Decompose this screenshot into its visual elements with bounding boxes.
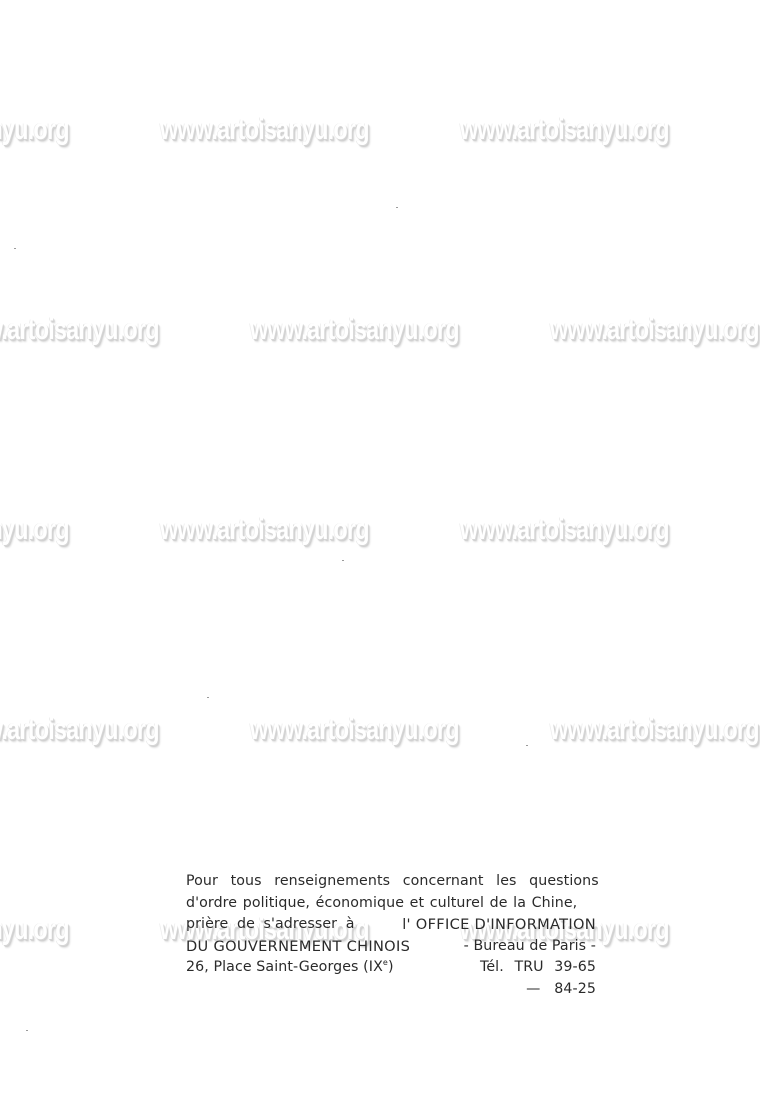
scan-speck: [396, 207, 398, 208]
scan-speck: [342, 560, 344, 561]
watermark-text: www.artoisanyu.org: [0, 913, 69, 947]
document-page: www.artoisanyu.orgwww.artoisanyu.orgwww.…: [0, 0, 760, 1107]
address-close: ): [388, 957, 394, 979]
bureau-label: - Bureau de Paris -: [464, 936, 596, 958]
telephone: Tél. TRU 39-65: [480, 957, 596, 979]
watermark-row: www.artoisanyu.orgwww.artoisanyu.orgwww.…: [0, 713, 760, 753]
address-text: 26, Place Saint-Georges (IX: [186, 957, 383, 979]
watermark-text: www.artoisanyu.org: [0, 713, 159, 747]
notice-text: Pour tous renseignements concernant les …: [186, 871, 599, 893]
watermark-text: www.artoisanyu.org: [550, 713, 759, 747]
notice-line-4: DU GOUVERNEMENT CHINOIS - Bureau de Pari…: [186, 936, 596, 958]
watermark-text: www.artoisanyu.org: [0, 513, 69, 547]
watermark-text: www.artoisanyu.org: [250, 313, 459, 347]
government-name: DU GOUVERNEMENT CHINOIS: [186, 936, 410, 958]
notice-text: prière de s'adresser à: [186, 914, 355, 936]
office-name: l' OFFICE D'INFORMATION: [402, 914, 596, 936]
watermark-text: www.artoisanyu.org: [160, 513, 369, 547]
watermark-text: www.artoisanyu.org: [550, 313, 759, 347]
notice-line-1: Pour tous renseignements concernant les …: [186, 871, 596, 893]
scan-speck: [26, 1030, 28, 1031]
watermark-row: www.artoisanyu.orgwww.artoisanyu.orgwww.…: [0, 513, 760, 553]
watermark-text: www.artoisanyu.org: [460, 113, 669, 147]
watermark-row: www.artoisanyu.orgwww.artoisanyu.orgwww.…: [0, 313, 760, 353]
notice-line-5: 26, Place Saint-Georges (IXe) Tél. TRU 3…: [186, 957, 596, 979]
scan-speck: [207, 697, 209, 698]
notice-line-6: — 84-25: [186, 979, 596, 1001]
notice-line-2: d'ordre politique, économique et culture…: [186, 893, 596, 915]
address: 26, Place Saint-Georges (IXe): [186, 957, 394, 979]
scan-speck: [526, 745, 528, 746]
scan-speck: [14, 248, 16, 249]
telephone-alt: — 84-25: [526, 979, 596, 1001]
watermark-text: www.artoisanyu.org: [250, 713, 459, 747]
notice-line-3: prière de s'adresser à l' OFFICE D'INFOR…: [186, 914, 596, 936]
notice-text: d'ordre politique, économique et culture…: [186, 893, 577, 915]
watermark-text: www.artoisanyu.org: [0, 313, 159, 347]
contact-notice: Pour tous renseignements concernant les …: [186, 871, 596, 1000]
watermark-text: www.artoisanyu.org: [460, 513, 669, 547]
watermark-text: www.artoisanyu.org: [160, 113, 369, 147]
watermark-row: www.artoisanyu.orgwww.artoisanyu.orgwww.…: [0, 113, 760, 153]
watermark-text: www.artoisanyu.org: [0, 113, 69, 147]
